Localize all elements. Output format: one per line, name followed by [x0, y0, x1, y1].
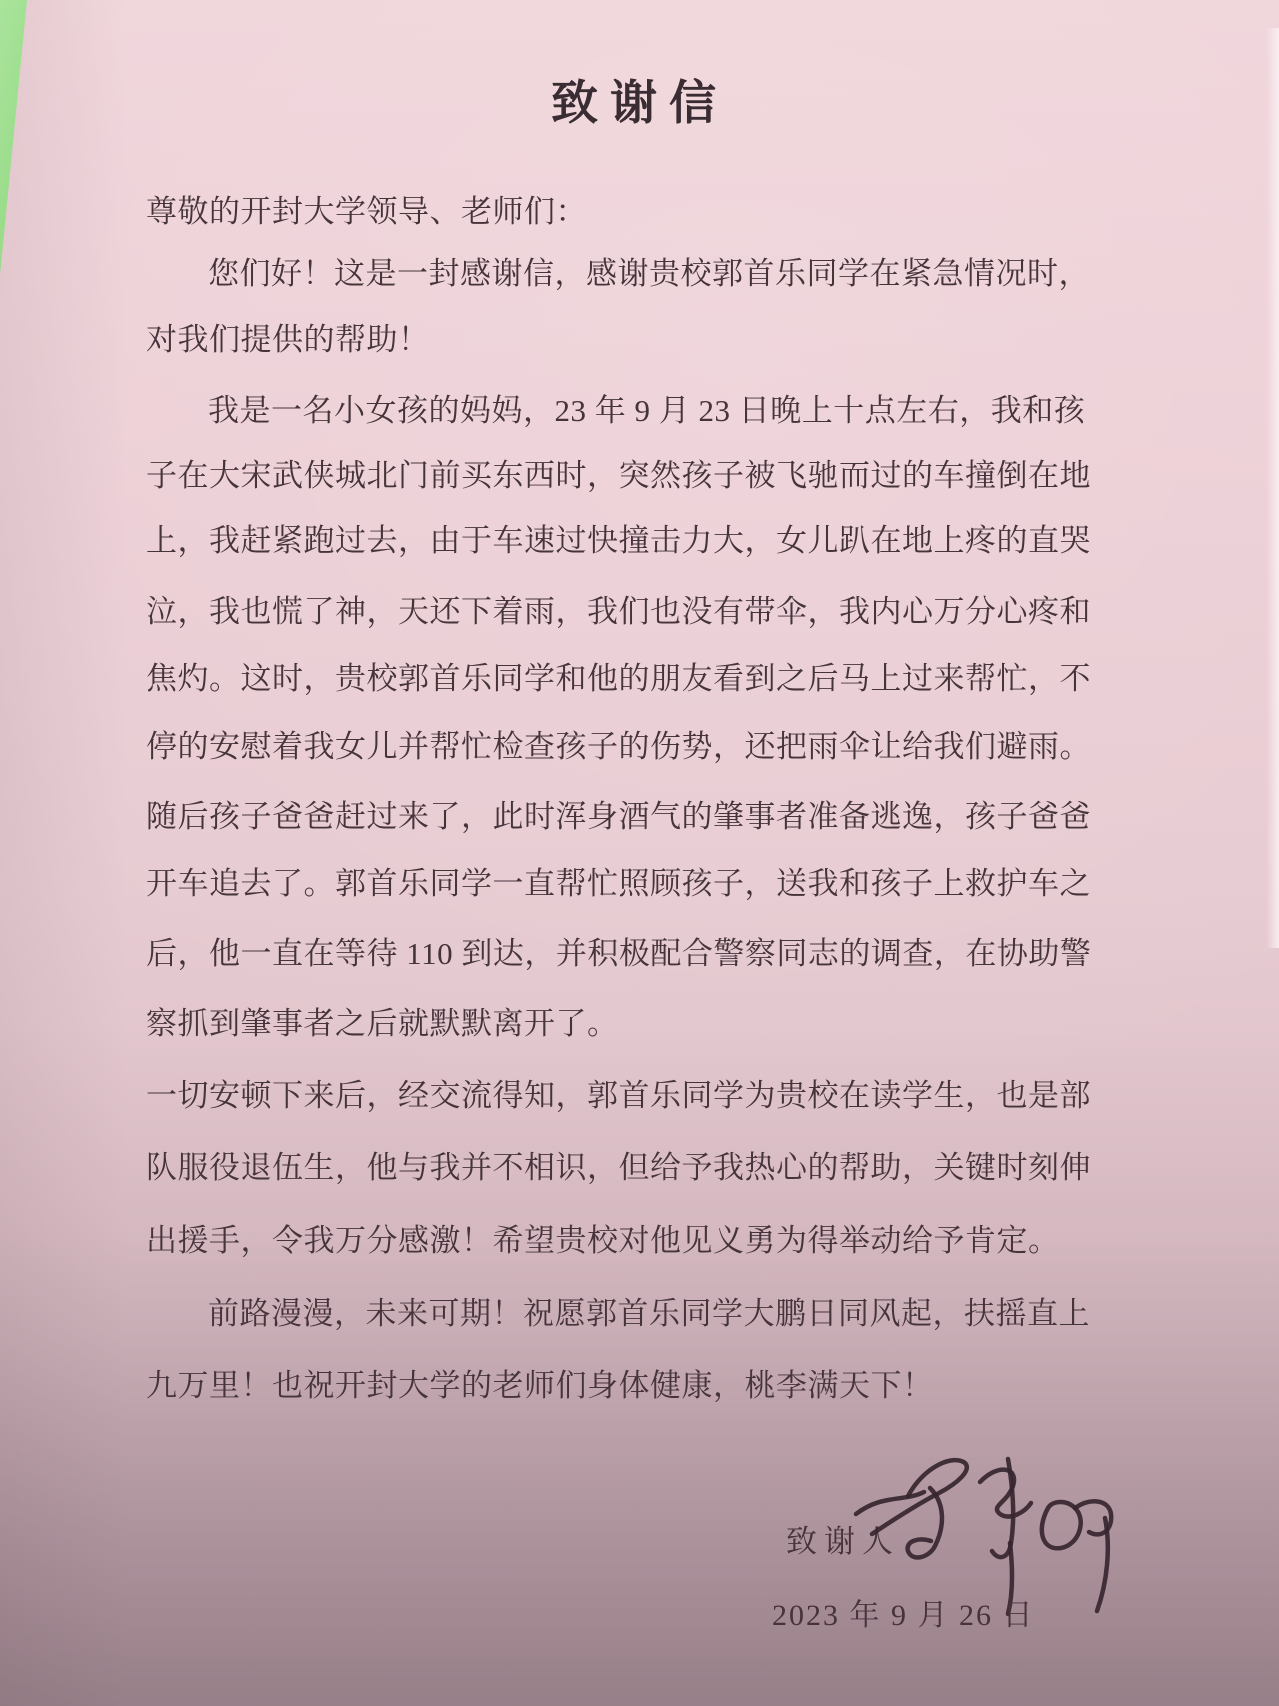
letter-line: 对我们提供的帮助！: [146, 314, 1086, 359]
letter-line: 焦灼。这时，贵校郭首乐同学和他的朋友看到之后马上过来帮忙，不: [146, 653, 1086, 698]
paper-edge-highlight: [1266, 28, 1279, 948]
letter-line: 开车追去了。郭首乐同学一直帮忙照顾孩子，送我和孩子上救护车之: [146, 858, 1086, 903]
letter-line: 一切安顿下来后，经交流得知，郭首乐同学为贵校在读学生，也是部: [146, 1070, 1086, 1115]
letter-line: 停的安慰着我女儿并帮忙检查孩子的伤势，还把雨伞让给我们避雨。: [146, 721, 1086, 766]
letter-date: 2023 年 9 月 26 日: [772, 1590, 1035, 1634]
letter-line: 后，他一直在等待 110 到达，并积极配合警察同志的调查，在协助警: [146, 928, 1086, 973]
letter-line: 察抓到肇事者之后就默默离开了。: [146, 998, 1086, 1043]
letter-line: 随后孩子爸爸赶过来了，此时浑身酒气的肇事者准备逃逸，孩子爸爸: [146, 791, 1086, 836]
letter-line: 队服役退伍生，他与我并不相识，但给予我热心的帮助，关键时刻伸: [146, 1142, 1086, 1187]
letter-line: 您们好！这是一封感谢信，感谢贵校郭首乐同学在紧急情况时，: [146, 248, 1148, 293]
letter-photo: { "letter": { "title": "致谢信", "salutatio…: [0, 0, 1279, 1706]
letter-line: 前路漫漫，未来可期！祝愿郭首乐同学大鹏日同风起，扶摇直上: [146, 1288, 1148, 1333]
letter-line: 九万里！也祝开封大学的老师们身体健康，桃李满天下！: [146, 1360, 1086, 1405]
letter-title: 致谢信: [0, 66, 1279, 133]
letter-line: 泣，我也慌了神，天还下着雨，我们也没有带伞，我内心万分心疼和: [146, 586, 1086, 631]
letter-line: 我是一名小女孩的妈妈，23 年 9 月 23 日晚上十点左右，我和孩: [146, 385, 1148, 430]
letter-line: 出援手，令我万分感激！希望贵校对他见义勇为得举动给予肯定。: [146, 1215, 1086, 1260]
letter-line: 上，我赶紧跑过去，由于车速过快撞击力大，女儿趴在地上疼的直哭: [146, 515, 1086, 560]
letter-salutation: 尊敬的开封大学领导、老师们：: [146, 186, 1086, 231]
letter-line: 子在大宋武侠城北门前买东西时，突然孩子被飞驰而过的车撞倒在地: [146, 450, 1086, 495]
